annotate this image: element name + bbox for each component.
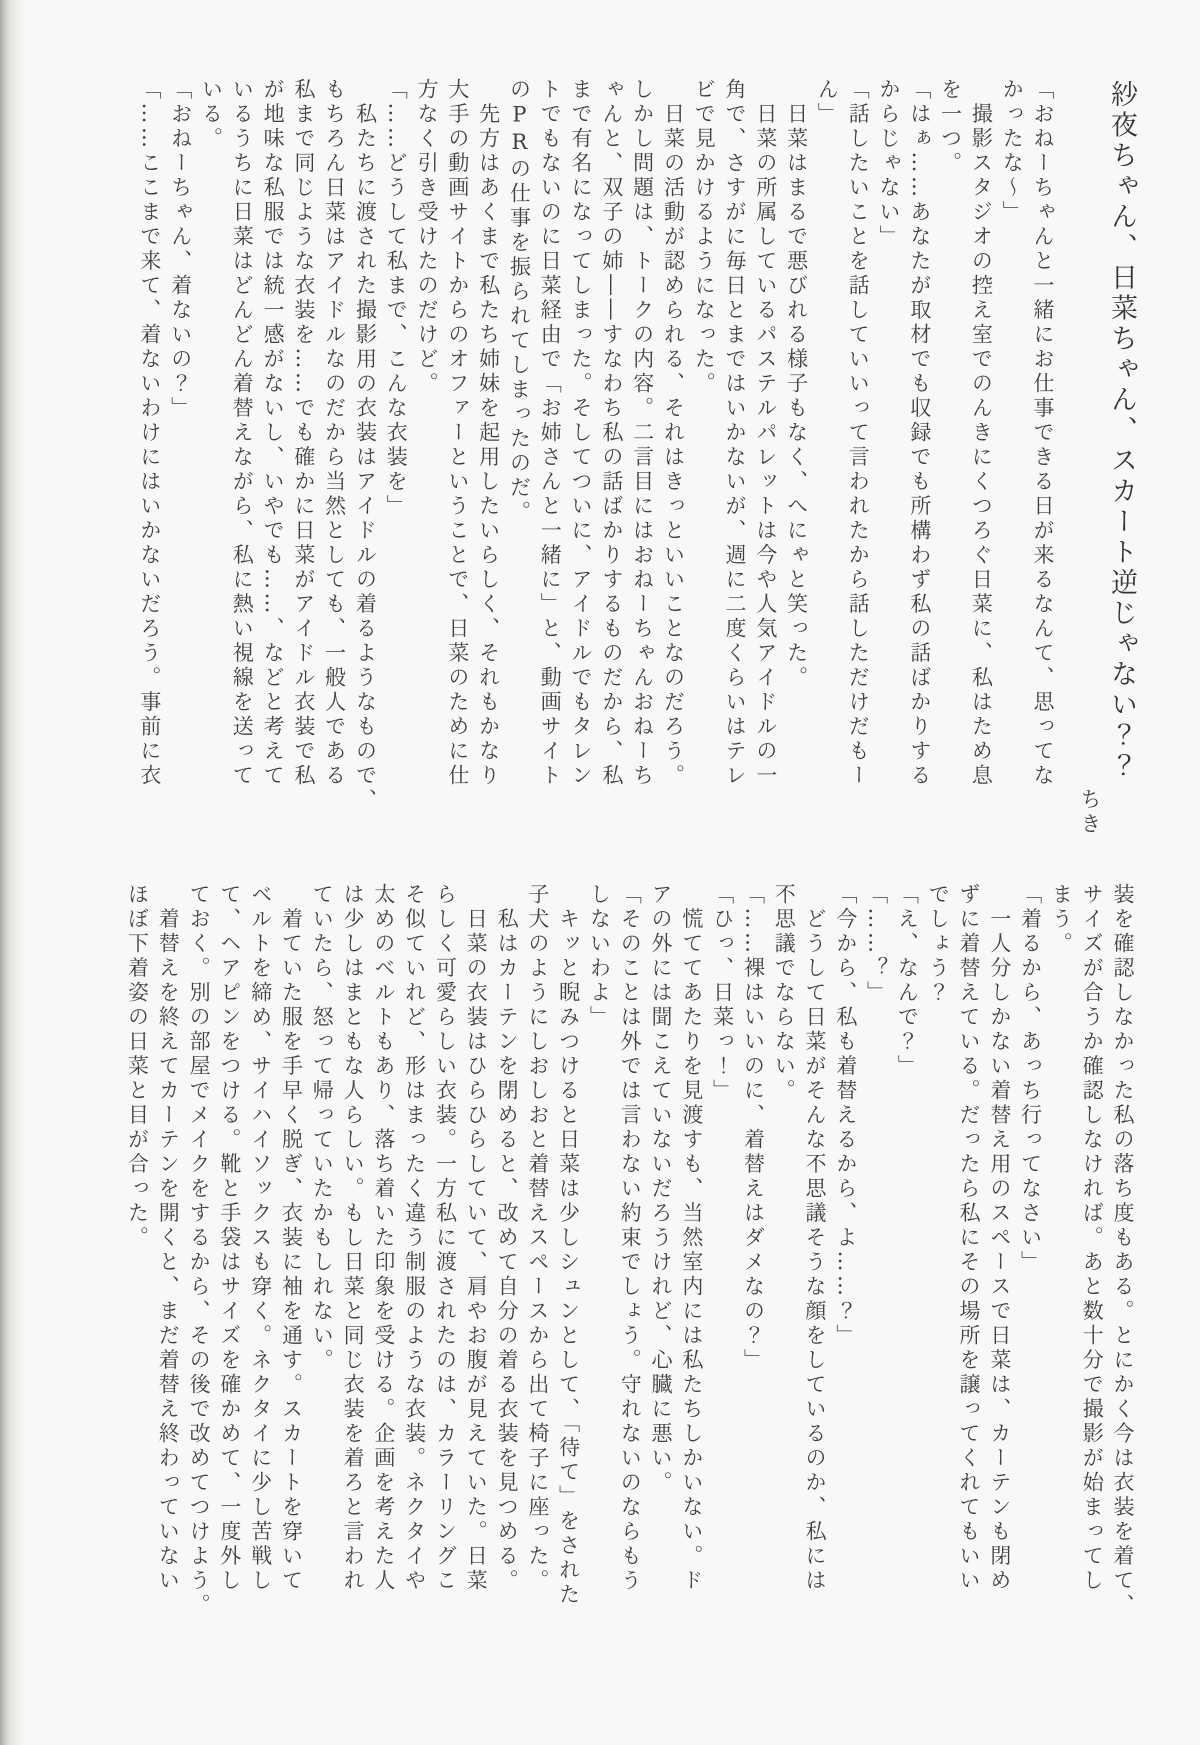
- text-line: 「今から、私も着替えるから、よ……？」: [830, 883, 861, 1703]
- text-line: トでもないのに日菜経由で「お姉さんと一緒に」と、動画サイト: [534, 78, 565, 868]
- text-line: が地味な私服では統一感がないし、いやでも……、などと考えて: [257, 78, 288, 868]
- text-line: ておく。別の部屋でメイクをするから、その後で改めてつけよう。: [183, 883, 214, 1703]
- author-name: ちき: [1074, 788, 1106, 837]
- text-line: 先方はあくまで私たち姉妹を起用したいらしく、それもかなり: [473, 78, 504, 868]
- text-line: 慌ててあたりを見渡すも、当然室内には私たちしかいない。ド: [676, 883, 707, 1703]
- text-line: どうして日菜がそんな不思議そうな顔をしているのか、私には: [799, 883, 830, 1703]
- text-line: 日菜はまるで悪びれる様子もなく、へにゃと笑った。: [781, 78, 812, 868]
- text-line: 日菜の衣装はひらひらしていて、肩やお腹が見えていた。日菜: [460, 883, 491, 1703]
- top-text-block: 「おねーちゃんと一緒にお仕事できる日が来るなんて、思ってなかったな〜」 撮影スタ…: [134, 78, 1058, 868]
- text-line: 一人分しかない着替え用のスペースで日菜は、カーテンも閉め: [984, 883, 1015, 1703]
- text-line: て、ヘアピンをつける。靴と手袋はサイズを確かめて、一度外し: [214, 883, 245, 1703]
- text-line: 着替えを終えてカーテンを開くと、まだ着替え終わっていない: [153, 883, 184, 1703]
- text-line: 「話したいことを話していいって言われたから話しただけだもー: [842, 78, 873, 868]
- text-line: ていたら、怒って帰っていたかもしれない。: [306, 883, 337, 1703]
- text-line: 方なく引き受けたのだけど。: [411, 78, 442, 868]
- text-line: 「ひっ、日菜っ！」: [707, 883, 738, 1703]
- text-line: ビで見かけるようになった。: [688, 78, 719, 868]
- text-line: ベルトを締め、サイハイソックスも穿く。ネクタイに少し苦戦し: [245, 883, 276, 1703]
- text-line: は少しはまともな人らしい。もし日菜と同じ衣装を着ろと言われ: [337, 883, 368, 1703]
- text-line: 角で、さすがに毎日とまではいかないが、週に二度くらいはテレ: [719, 78, 750, 868]
- upright-latin-char: P: [507, 103, 531, 131]
- text-line: ん」: [812, 78, 843, 868]
- text-line: まう。: [1046, 883, 1077, 1703]
- text-line: 私はカーテンを閉めると、改めて自分の着る衣装を見つめる。: [491, 883, 522, 1703]
- text-line: 「……どうして私まで、こんな衣装を」: [380, 78, 411, 868]
- text-line: のPRの仕事を振られてしまったのだ。: [504, 78, 535, 868]
- scan-edge-shadow: [0, 0, 26, 1745]
- text-line: 「おねーちゃんと一緒にお仕事できる日が来るなんて、思ってな: [1027, 78, 1058, 868]
- text-line: ほぼ下着姿の日菜と目が合った。: [122, 883, 153, 1703]
- text-line: 「……裸はいいのに、着替えはダメなの？」: [738, 883, 769, 1703]
- text-line: キッと睨みつけると日菜は少しシュンとして、「待て」をされた: [553, 883, 584, 1703]
- text-line: 不思議でならない。: [768, 883, 799, 1703]
- text-line: まで有名になってしまった。そしてついに、アイドルでもタレン: [565, 78, 596, 868]
- text-line: 撮影スタジオの控え室でのんきにくつろぐ日菜に、私はため息: [966, 78, 997, 868]
- text-line: ゃんと、双子の姉――すなわち私の話ばかりするものだから、私: [596, 78, 627, 868]
- text-line: しないわよ」: [584, 883, 615, 1703]
- text-line: でしょう？: [922, 883, 953, 1703]
- text-line: いる。: [196, 78, 227, 868]
- text-line: 日菜の所属しているパステルパレットは今や人気アイドルの一: [750, 78, 781, 868]
- text-line: 日菜の活動が認められる、それはきっといいことなのだろう。: [658, 78, 689, 868]
- text-line: を一つ。: [935, 78, 966, 868]
- text-line: もちろん日菜はアイドルなのだから当然としても、一般人である: [319, 78, 350, 868]
- text-line: 「はぁ……あなたが取材でも収録でも所構わず私の話ばかりする: [904, 78, 935, 868]
- text-line: からじゃない」: [873, 78, 904, 868]
- text-line: 私まで同じような衣装を……でも確かに日菜がアイドル衣装で私: [288, 78, 319, 868]
- text-line: いるうちに日菜はどんどん着替えながら、私に熱い視線を送って: [226, 78, 257, 868]
- text-line: 太めのベルトもあり、落ち着いた印象を受ける。企画を考えた人: [368, 883, 399, 1703]
- text-line: 大手の動画サイトからのオファーということで、日菜のために仕: [442, 78, 473, 868]
- text-line: 「そのことは外では言わない約束でしょう。守れないのならもう: [614, 883, 645, 1703]
- text-line: 「着るから、あっち行ってなさい」: [1015, 883, 1046, 1703]
- text-line: 装を確認しなかった私の落ち度もある。とにかく今は衣装を着て、: [1107, 883, 1138, 1703]
- upright-latin-char: R: [507, 130, 531, 158]
- text-line: ずに着替えている。だったら私にその場所を譲ってくれてもいい: [953, 883, 984, 1703]
- text-line: 「え、なんで？」: [892, 883, 923, 1703]
- bottom-text-block: 装を確認しなかった私の落ち度もある。とにかく今は衣装を着て、サイズが合うか確認し…: [122, 883, 1138, 1703]
- text-line: 「……？」: [861, 883, 892, 1703]
- text-line: アの外には聞こえていないだろうけれど、心臓に悪い。: [645, 883, 676, 1703]
- text-line: 着ていた服を手早く脱ぎ、衣装に袖を通す。スカートを穿いて: [276, 883, 307, 1703]
- text-line: かったな〜」: [996, 78, 1027, 868]
- text-line: サイズが合うか確認しなければ。あと数十分で撮影が始まってし: [1076, 883, 1107, 1703]
- text-line: そ似ていれど、形はまったく違う制服のような衣装。ネクタイや: [399, 883, 430, 1703]
- text-line: 子犬のようにしおしおと着替えスペースから出て椅子に座った。: [522, 883, 553, 1703]
- story-title: 紗夜ちゃん、日菜ちゃん、スカート逆じゃない？？: [1098, 80, 1144, 820]
- manuscript-page: 紗夜ちゃん、日菜ちゃん、スカート逆じゃない？？ ちき 「おねーちゃんと一緒にお仕…: [0, 0, 1200, 1745]
- text-line: しかし問題は、トークの内容。二言目にはおねーちゃんおねーち: [627, 78, 658, 868]
- text-line: 私たちに渡された撮影用の衣装はアイドルの着るようなもので、: [350, 78, 381, 868]
- text-line: らしく可愛らしい衣装。一方私に渡されたのは、カラーリングこ: [430, 883, 461, 1703]
- text-line: 「……ここまで来て、着ないわけにはいかないだろう。事前に衣: [134, 78, 165, 868]
- text-line: 「おねーちゃん、着ないの？」: [165, 78, 196, 868]
